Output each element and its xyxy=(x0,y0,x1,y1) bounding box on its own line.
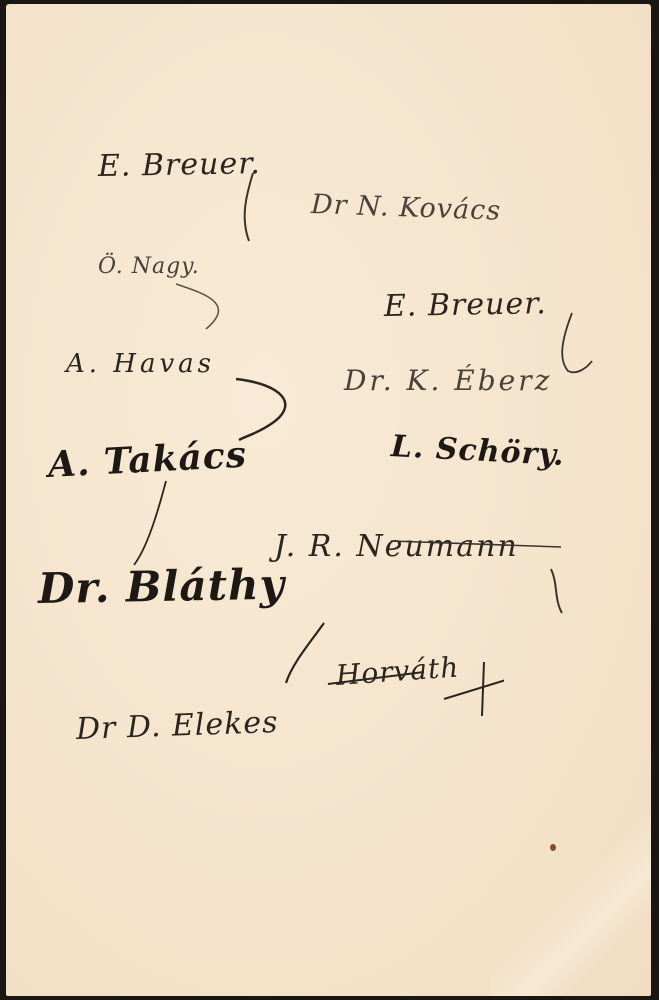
signature-dr-k-eberz: Dr. K. Éberz xyxy=(344,364,552,397)
signature-flourish xyxy=(231,169,271,249)
signature-underline xyxy=(324,654,504,734)
signature-underline xyxy=(386,529,576,619)
signature-dr-d-elekes: Dr D. Elekes xyxy=(75,705,279,747)
scan-border: E. Breuer. Dr N. Kovács Ö. Nagy. E. Breu… xyxy=(0,0,659,1000)
signature-flourish xyxy=(126,479,186,569)
ink-spot xyxy=(550,844,556,851)
signature-dr-n-kovacs: Dr N. Kovács xyxy=(310,189,501,227)
signature-a-havas: A. Havas xyxy=(66,349,215,379)
signature-e-breuer-2: E. Breuer. xyxy=(384,286,547,324)
signature-dr-blathy: Dr. Bláthy xyxy=(38,560,286,613)
paper-sheet: E. Breuer. Dr N. Kovács Ö. Nagy. E. Breu… xyxy=(6,4,651,996)
signature-l-schory: L. Schöry. xyxy=(390,429,566,473)
signature-flourish xyxy=(166,274,246,334)
